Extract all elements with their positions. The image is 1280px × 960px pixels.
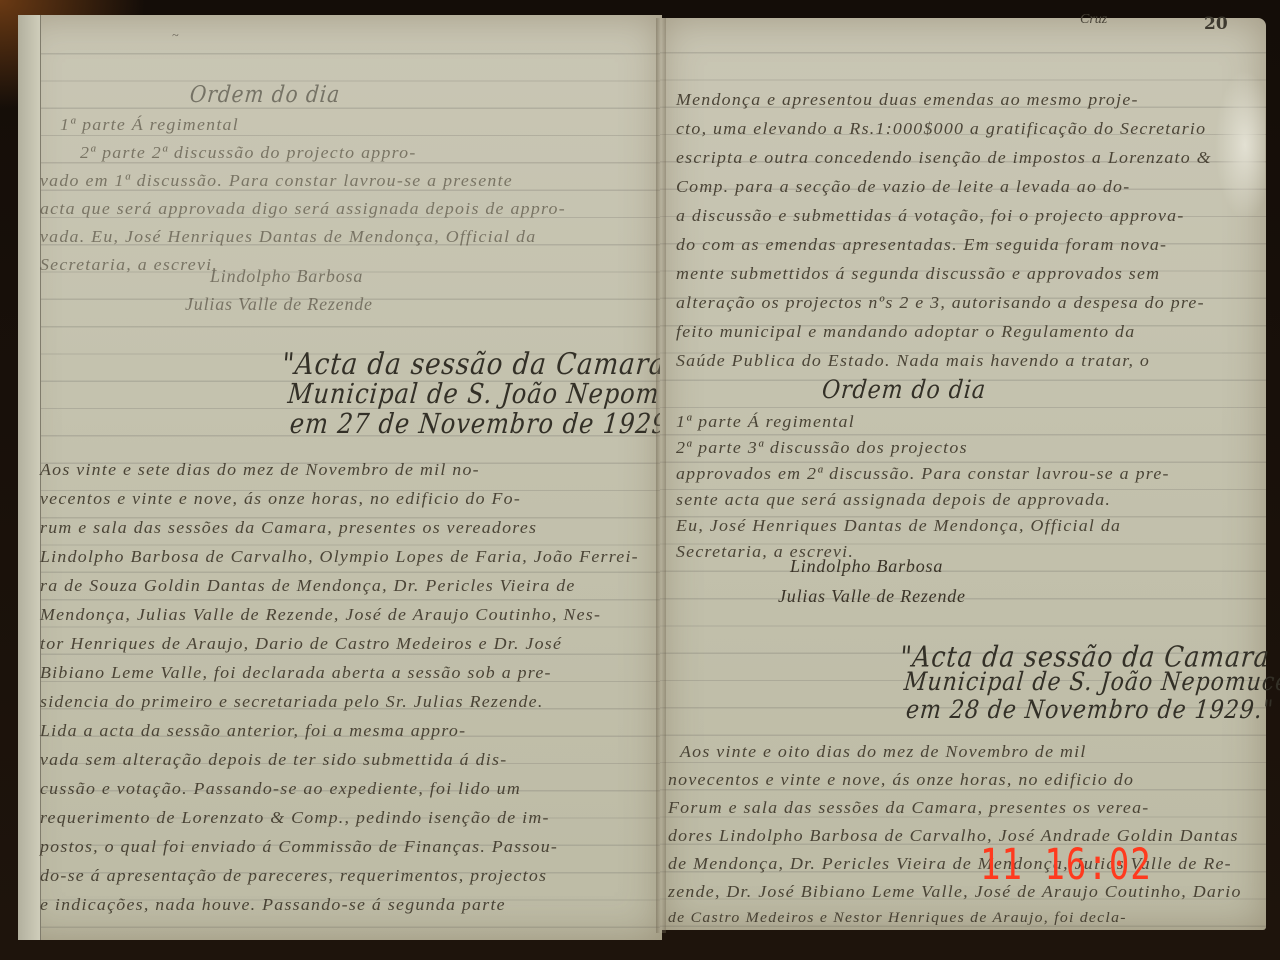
book-gutter	[656, 18, 666, 933]
left-body-line: Lindolpho Barbosa de Carvalho, Olympio L…	[40, 547, 639, 567]
right-body-line: de Castro Medeiros e Nestor Henriques de…	[668, 910, 1127, 927]
left-body-line: Lida a acta da sessão anterior, foi a me…	[40, 721, 466, 741]
right-body-line: do com as emendas apresentadas. Em segui…	[676, 235, 1167, 255]
right-corner-note: Cruz	[1080, 12, 1107, 28]
right-body-line: Mendonça e apresentou duas emendas ao me…	[676, 90, 1139, 110]
right-body-line: Saúde Publica do Estado. Nada mais haven…	[676, 351, 1150, 371]
left-body-line: Aos vinte e sete dias do mez de Novembro…	[40, 460, 480, 480]
page-glare	[1215, 70, 1265, 220]
left-page-edge	[18, 15, 41, 940]
right-title-line: em 28 de Novembro de 1929."	[905, 696, 1275, 725]
right-body-line: Aos vinte e oito dias do mez de Novembro…	[680, 742, 1087, 762]
right-body-line: novecentos e vinte e nove, ás onze horas…	[668, 770, 1134, 790]
left-top-line: vado em 1ª discussão. Para constar lavro…	[40, 171, 513, 191]
right-body-line: dores Lindolpho Barbosa de Carvalho, Jos…	[668, 826, 1239, 846]
right-body-line: cto, uma elevando a Rs.1:000$000 a grati…	[676, 119, 1206, 139]
left-signature: Lindolpho Barbosa	[210, 266, 363, 287]
left-top-line: 2ª parte 2ª discussão do projecto appro-	[80, 143, 417, 163]
left-body-line: vada sem alteração depois de ter sido su…	[40, 750, 507, 770]
left-body-line: ra de Souza Goldin Dantas de Mendonça, D…	[40, 576, 576, 596]
left-top-line: Secretaria, a escrevi.	[40, 255, 218, 275]
right-signature: Julias Valle de Rezende	[778, 586, 966, 607]
right-ordem-line: sente acta que será assignada depois de …	[676, 490, 1111, 510]
left-body-line: Bibiano Leme Valle, foi declarada aberta…	[40, 663, 552, 683]
right-ordem-heading: Ordem do dia	[821, 376, 988, 405]
left-body-line: tor Henriques de Araujo, Dario de Castro…	[40, 634, 562, 654]
left-corner-note: ~	[172, 28, 179, 43]
left-body-line: postos, o qual foi enviado á Commissão d…	[40, 837, 558, 857]
right-body-line: Forum e sala das sessões da Camara, pres…	[668, 798, 1149, 818]
right-body-line: escripta e outra concedendo isenção de i…	[676, 148, 1212, 168]
right-body-line: a discussão e submettidas á votação, foi…	[676, 206, 1185, 226]
left-body-line: rum e sala das sessões da Camara, presen…	[40, 518, 537, 538]
left-signature: Julias Valle de Rezende	[185, 294, 373, 315]
right-title-line: Municipal de S. João Nepomuceno	[903, 668, 1280, 697]
left-ordem-heading: Ordem do dia	[189, 80, 342, 108]
left-top-line: acta que será approvada digo será assign…	[40, 199, 566, 219]
right-body-line: zende, Dr. José Bibiano Leme Valle, José…	[668, 882, 1242, 902]
camera-date-stamp: 11 16:02	[980, 840, 1152, 890]
left-body-line: vecentos e vinte e nove, ás onze horas, …	[40, 489, 521, 509]
page-number: 20	[1204, 14, 1228, 34]
left-title-line: em 27 de Novembro de 1929."	[289, 408, 691, 440]
right-body-line: Comp. para a secção de vazio de leite a …	[676, 177, 1130, 197]
right-signature: Lindolpho Barbosa	[790, 556, 943, 577]
right-ordem-line: 1ª parte Á regimental	[676, 412, 855, 432]
left-body-line: requerimento de Lorenzato & Comp., pedin…	[40, 808, 550, 828]
left-body-line: sidencia do primeiro e secretariada pelo…	[40, 692, 544, 712]
left-body-line: e indicações, nada houve. Passando-se á …	[40, 895, 506, 915]
right-body-line: mente submettidos á segunda discussão e …	[676, 264, 1160, 284]
right-ordem-line: approvados em 2ª discussão. Para constar…	[676, 464, 1170, 484]
right-ordem-line: Eu, José Henriques Dantas de Mendonça, O…	[676, 516, 1121, 536]
left-body-line: Mendonça, Julias Valle de Rezende, José …	[40, 605, 601, 625]
left-body-line: do-se á apresentação de pareceres, reque…	[40, 866, 547, 886]
left-top-line: 1ª parte Á regimental	[60, 115, 239, 135]
left-body-line: cussão e votação. Passando-se ao expedie…	[40, 779, 521, 799]
right-ordem-line: 2ª parte 3ª discussão dos projectos	[676, 438, 968, 458]
right-body-line: feito municipal e mandando adoptar o Reg…	[676, 322, 1135, 342]
left-top-line: vada. Eu, José Henriques Dantas de Mendo…	[40, 227, 536, 247]
right-body-line: alteração os projectos nºs 2 e 3, autori…	[676, 293, 1205, 313]
